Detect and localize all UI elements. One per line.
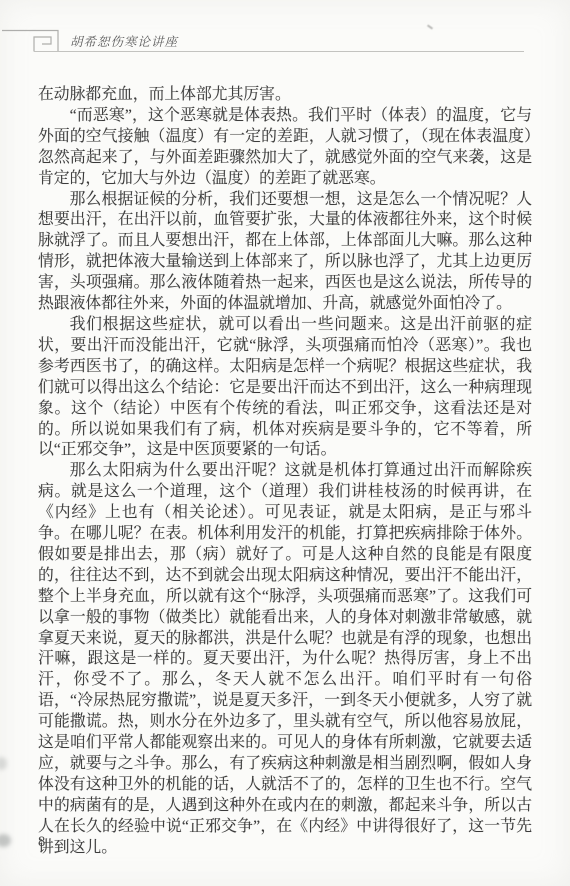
paragraph: “而恶寒”，这个恶寒就是体表热。我们平时（体表）的温度，它与外面的空气接触（温度… <box>38 106 532 190</box>
paragraph: 我们根据这些症状，就可以看出一些问题来。这是出汗前驱的症状，要出汗而没能出汗，它… <box>38 315 532 461</box>
running-head-title: 胡希恕伤寒论讲座 <box>70 32 178 50</box>
scan-smudge <box>0 757 7 770</box>
paragraph-continuation: 在动脉都充血，而上体部尤其厉害。 <box>38 85 532 106</box>
header-rule-ornament <box>0 0 570 60</box>
page-number: 8 <box>38 834 45 851</box>
paragraph: 那么根据证候的分析，我们还要想一想，这是怎么一个情况呢？人想要出汗，在出汗以前，… <box>38 190 532 315</box>
paragraph: 那么太阳病为什么要出汗呢？这就是机体打算通过出汗而解除疾病。就是这么一个道理，这… <box>38 461 532 858</box>
book-page: 胡希恕伤寒论讲座 在动脉都充血，而上体部尤其厉害。 “而恶寒”，这个恶寒就是体表… <box>0 0 570 886</box>
scan-smudge <box>0 834 11 847</box>
page-body: 在动脉都充血，而上体部尤其厉害。 “而恶寒”，这个恶寒就是体表热。我们平时（体表… <box>38 85 532 859</box>
